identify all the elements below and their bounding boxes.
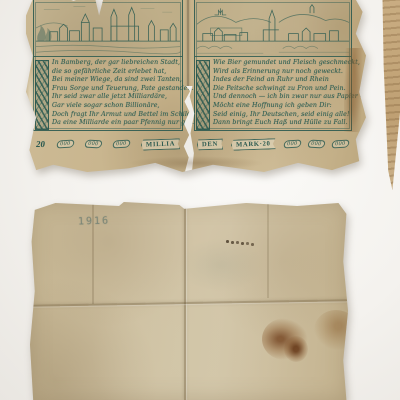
partial-crease-left	[92, 202, 94, 304]
partial-crease-right	[267, 202, 269, 298]
denomination-zeros: 000	[83, 140, 102, 149]
denomination-zeros: 000	[282, 140, 301, 149]
worn-patch-left	[26, 68, 35, 132]
ink-speck-dots	[226, 240, 229, 243]
denomination-zeros: 000	[307, 140, 326, 149]
castle-hill-vignette	[195, 0, 351, 57]
verse-line: die so gefährliche Zeit erlebet hat,	[52, 68, 180, 77]
edge-banknote-fragment	[381, 0, 400, 194]
denomination-20: 20	[35, 139, 45, 149]
verse-right: Wie Bier gemundet und Fleisch geschmeckt…	[197, 59, 349, 129]
denomination-label-mark: MARK·20	[231, 138, 276, 151]
verse-line: In Bamberg, der gar liebreichen Stadt,	[52, 59, 180, 68]
top-note-right-panel: Wie Bier gemundet und Fleisch geschmeckt…	[194, 0, 352, 160]
denomination-zeros: 000	[56, 140, 75, 149]
top-note-left-panel: In Bamberg, der gar liebreichen Stadt, d…	[33, 0, 183, 160]
verse-line: Bei meiner Wiege, da sind zwei Tanten,	[52, 76, 180, 85]
center-fold-crease	[187, 0, 189, 86]
verse-line: Da eine Milliarde ein paar Pfennig nur g…	[52, 119, 180, 128]
verse-line: Doch fragt Ihr Armut und Bettel im Schil…	[52, 111, 180, 120]
verse-line: Möcht eine Hoffnung ich geben Dir:	[213, 102, 349, 111]
faint-smudge	[178, 238, 264, 292]
verse-line: Ihr seid zwar alle jetzt Milliardäre,	[52, 93, 180, 102]
rust-stain-light	[314, 310, 358, 350]
rust-stain-dark	[284, 336, 308, 362]
bamberg-skyline-art	[34, 0, 182, 56]
denomination-zeros: 000	[112, 140, 131, 149]
verse-line: Indes der Feind an Ruhr und Rhein	[213, 76, 349, 85]
verse-line: Gar viele sogar schon Billionäre,	[52, 102, 180, 111]
verse-line: Dann bringt Euch Haß und Hülle zu Fall.	[213, 119, 349, 128]
verse-line: Und dennoch — ich bin zwar nur aus Papie…	[213, 93, 349, 102]
worn-patch-bottom	[128, 156, 264, 170]
denomination-ribbon-right: DEN MARK·20 000 000 000	[194, 134, 352, 154]
verse-line: Die Peitsche schwingt zu Fron und Pein.	[213, 85, 349, 94]
denomination-zeros: 000	[331, 140, 350, 149]
verse-line: Wird als Erinnerung nur noch geweckt.	[213, 68, 349, 77]
verse-line: Wie Bier gemundet und Fleisch geschmeckt…	[213, 59, 349, 68]
bottom-banknote-paper: 1916	[30, 202, 348, 400]
castle-hill-art	[195, 0, 351, 56]
top-banknote-paper: In Bamberg, der gar liebreichen Stadt, d…	[26, 0, 366, 172]
denomination-ribbon-left: 20 000 000 000 MILLIA	[33, 134, 183, 154]
bamberg-skyline-vignette	[34, 0, 182, 57]
verse-line: Frau Sorge und Teuerung, Pate gestanden.	[52, 85, 180, 94]
verse-left: In Bamberg, der gar liebreichen Stadt, d…	[36, 59, 180, 129]
denomination-label-milliarden-right: DEN	[197, 138, 223, 150]
rust-stain-large	[262, 318, 308, 360]
worn-patch-right	[344, 48, 364, 132]
horizontal-fold-crease	[30, 299, 348, 307]
denomination-label-milliarden-left: MILLIA	[141, 138, 180, 150]
faded-serial-stamp: 1916	[78, 215, 110, 227]
vertical-fold-crease	[184, 202, 186, 400]
photo-backdrop: In Bamberg, der gar liebreichen Stadt, d…	[0, 0, 400, 400]
verse-line: Seid einig, Ihr Deutschen, seid einig al…	[213, 111, 349, 120]
